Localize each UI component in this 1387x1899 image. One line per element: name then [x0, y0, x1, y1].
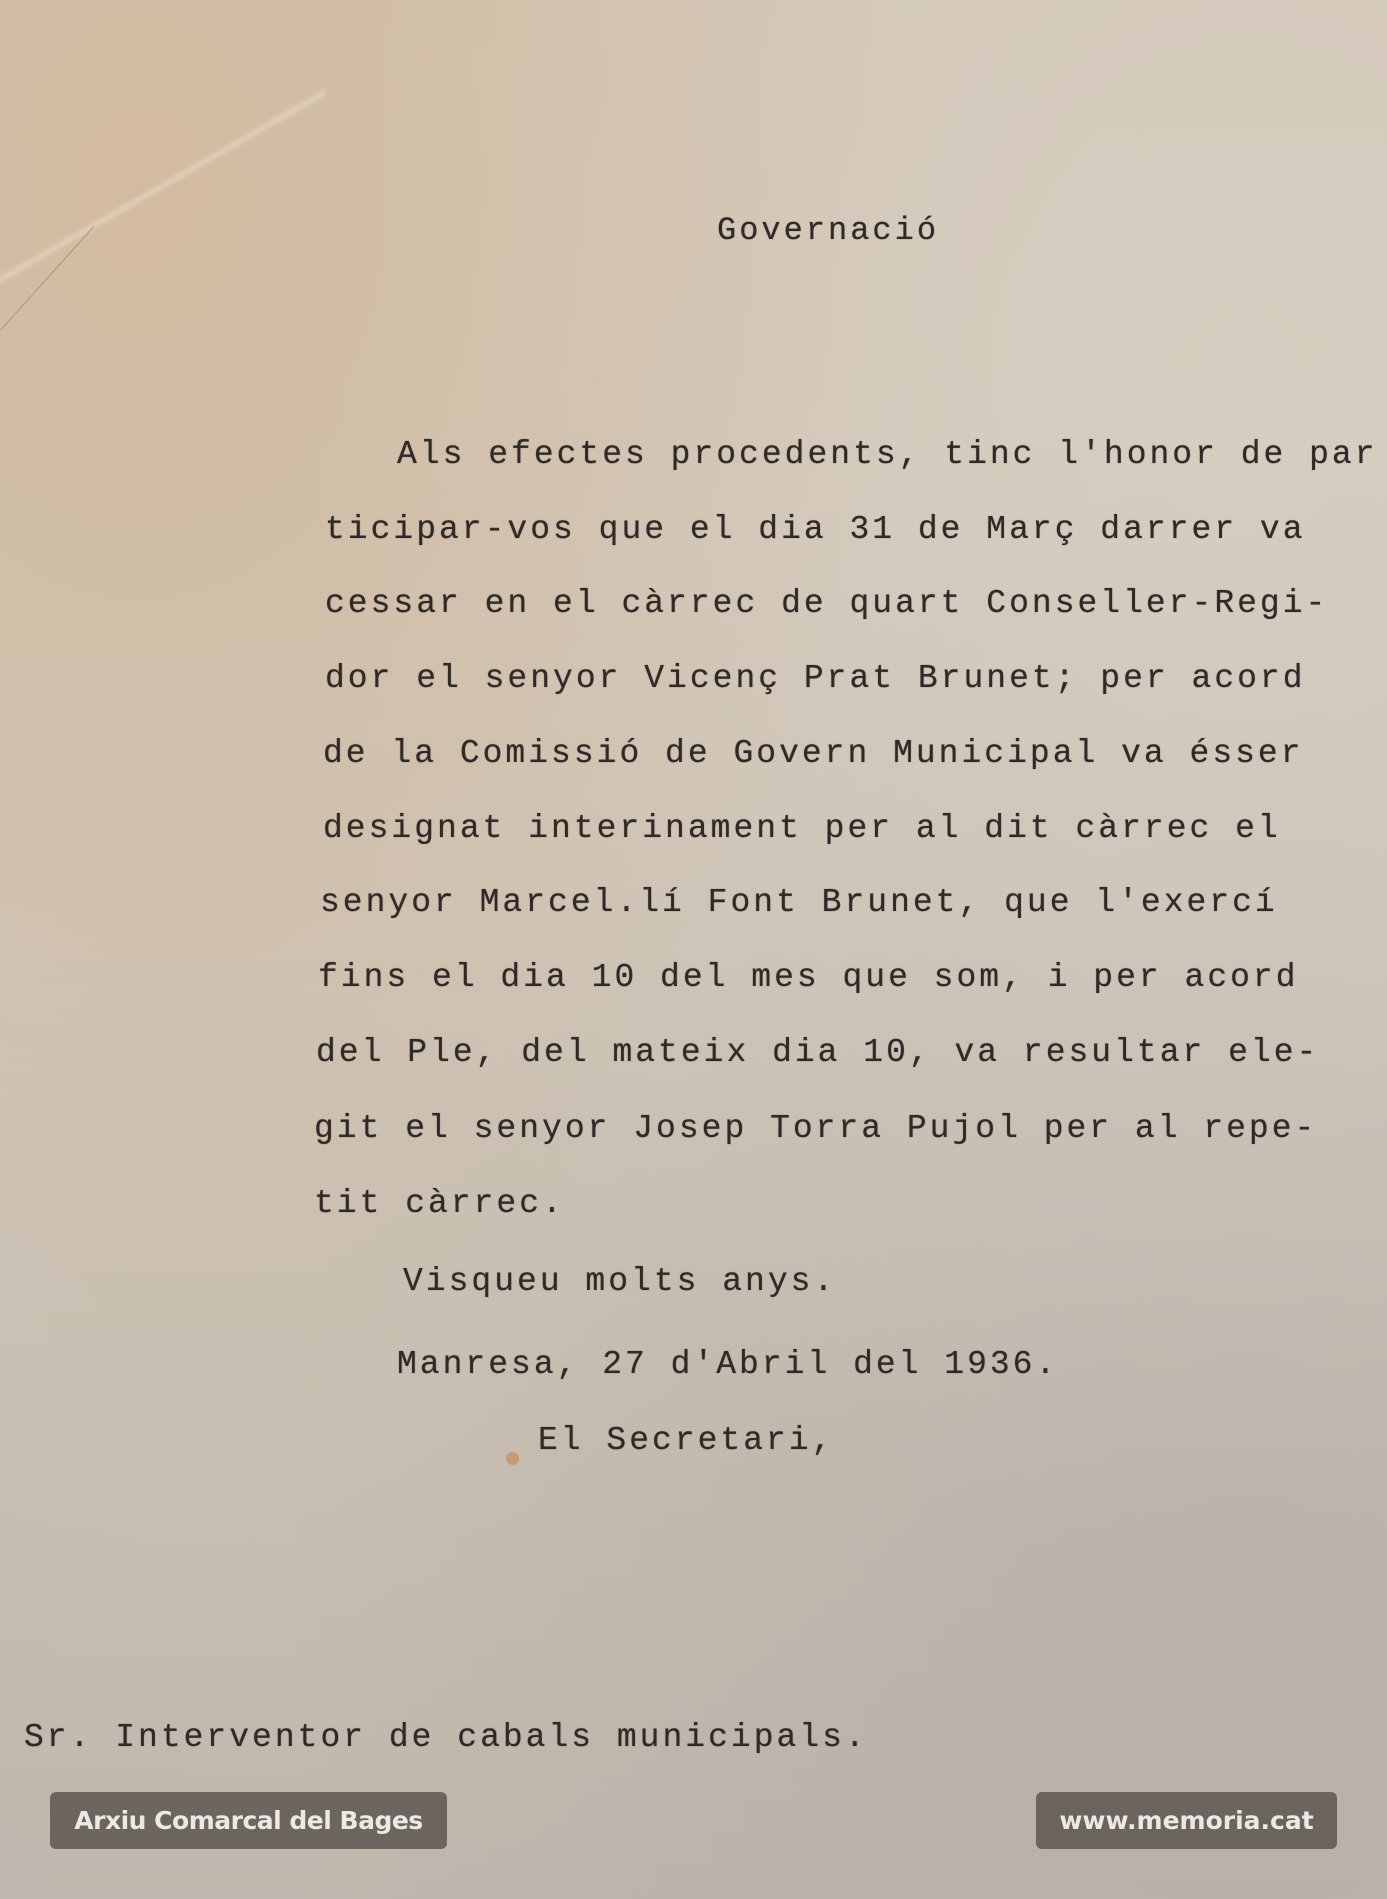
closing-salutation: Visqueu molts anys.: [403, 1263, 836, 1300]
paragraph-line-3: cessar en el càrrec de quart Conseller-R…: [325, 585, 1328, 622]
paragraph-line-2: ticipar-vos que el dia 31 de Març darrer…: [325, 511, 1306, 548]
paragraph-line-10: git el senyor Josep Torra Pujol per al r…: [314, 1110, 1317, 1147]
paper-crease-mark: [0, 226, 94, 331]
paper-fold-mark: [0, 90, 326, 304]
paragraph-line-8: fins el dia 10 del mes que som, i per ac…: [318, 959, 1299, 996]
website-watermark: www.memoria.cat: [1036, 1792, 1337, 1849]
signature-title: El Secretari,: [538, 1422, 834, 1459]
archive-watermark: Arxiu Comarcal del Bages: [50, 1792, 447, 1849]
paragraph-line-4: dor el senyor Vicenç Prat Brunet; per ac…: [325, 660, 1306, 697]
paragraph-line-9: del Ple, del mateix dia 10, va resultar …: [316, 1034, 1319, 1071]
place-and-date: Manresa, 27 d'Abril del 1936.: [397, 1346, 1058, 1383]
paragraph-line-1: Als efectes procedents, tinc l'honor de …: [397, 436, 1378, 473]
paragraph-line-11: tit càrrec.: [314, 1185, 565, 1222]
paper-stain: [506, 1452, 519, 1465]
paragraph-line-7: senyor Marcel.lí Font Brunet, que l'exer…: [320, 884, 1278, 921]
paragraph-line-6: designat interinament per al dit càrrec …: [323, 810, 1281, 847]
addressee-line: Sr. Interventor de cabals municipals.: [24, 1719, 868, 1756]
document-heading: Governació: [717, 212, 939, 249]
paragraph-line-5: de la Comissió de Govern Municipal va és…: [323, 735, 1304, 772]
